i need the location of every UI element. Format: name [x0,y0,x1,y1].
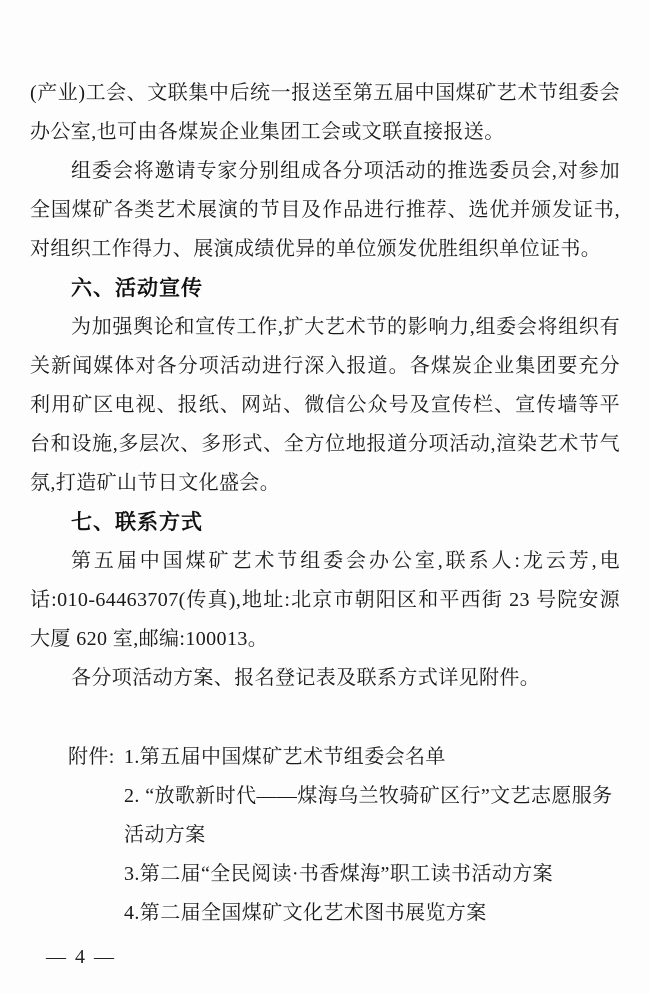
attachment-item-2: 2. “放歌新时代——煤海乌兰牧骑矿区行”文艺志愿服务活动方案 [124,777,620,855]
attachments-block: 附件: 1.第五届中国煤矿艺术节组委会名单 2. “放歌新时代——煤海乌兰牧骑矿… [30,738,620,933]
section-heading-7-contact: 七、联系方式 [30,503,620,542]
document-body: (产业)工会、文联集中后统一报送至第五届中国煤矿艺术节组委会办公室,也可由各煤炭… [0,0,650,933]
attachment-item-4: 4.第二届全国煤矿文化艺术图书展览方案 [124,894,620,933]
body-paragraph-continuation: (产业)工会、文联集中后统一报送至第五届中国煤矿艺术节组委会办公室,也可由各煤炭… [30,74,620,152]
section-heading-6-publicity: 六、活动宣传 [30,269,620,308]
body-paragraph-publicity: 为加强舆论和宣传工作,扩大艺术节的影响力,组委会将组织有关新闻媒体对各分项活动进… [30,308,620,503]
body-paragraph-see-attachments: 各分项活动方案、报名登记表及联系方式详见附件。 [30,659,620,698]
attachment-item-1: 1.第五届中国煤矿艺术节组委会名单 [124,738,620,777]
body-paragraph-contact-info: 第五届中国煤矿艺术节组委会办公室,联系人:龙云芳,电话:010-64463707… [30,542,620,659]
attachment-item-3: 3.第二届“全民阅读·书香煤海”职工读书活动方案 [124,855,620,894]
page-number: — 4 — [46,946,116,969]
document-page: (产业)工会、文联集中后统一报送至第五届中国煤矿艺术节组委会办公室,也可由各煤炭… [0,0,650,994]
attachments-label: 附件: [68,738,115,777]
body-paragraph-committee: 组委会将邀请专家分别组成各分项活动的推选委员会,对参加全国煤矿各类艺术展演的节目… [30,152,620,269]
